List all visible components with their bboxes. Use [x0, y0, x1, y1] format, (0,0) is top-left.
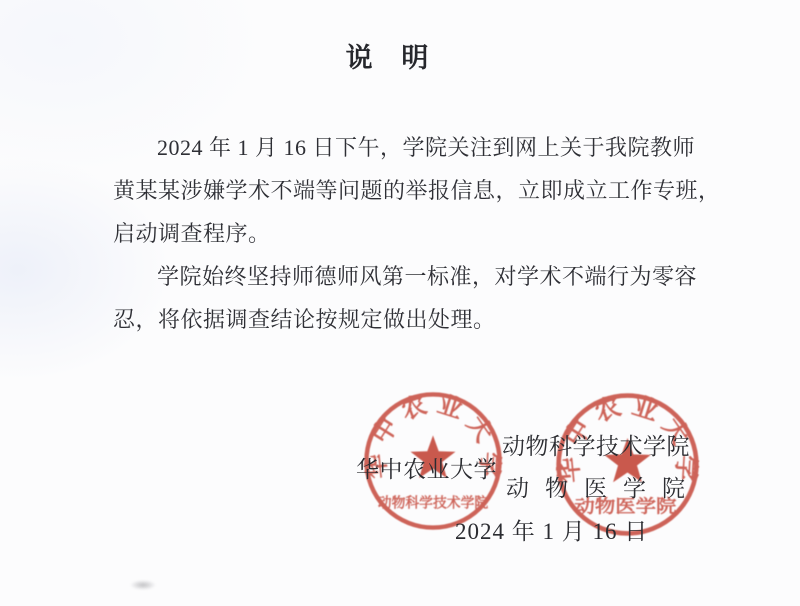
signature-college-veterinary: 动物医学院 [506, 470, 701, 503]
signature-date: 2024 年 1 月 16 日 [455, 513, 648, 546]
document-page: 说 明 2024 年 1 月 16 日下午，学院关注到网上关于我院教师 黄某某涉… [0, 0, 800, 606]
signature-college-science-tech: 动物科学技术学院 [502, 428, 690, 461]
body-line: 学院始终坚持师德师风第一标准，对学术不端行为零容 [113, 255, 709, 298]
document-title: 说 明 [0, 36, 776, 75]
body-line: 2024 年 1 月 16 日下午，学院关注到网上关于我院教师 [113, 126, 709, 169]
scan-smudge [130, 580, 156, 590]
body-line: 黄某某涉嫌学术不端等问题的举报信息，立即成立工作专班， [113, 169, 709, 212]
body-line: 忍，将依据调查结论按规定做出处理。 [113, 298, 709, 341]
body-line: 启动调查程序。 [113, 212, 709, 255]
signature-university: 华中农业大学 [356, 451, 497, 484]
seal-bottom-text: 动物科学技术学院 [378, 493, 489, 511]
document-body: 2024 年 1 月 16 日下午，学院关注到网上关于我院教师 黄某某涉嫌学术不… [113, 126, 709, 341]
